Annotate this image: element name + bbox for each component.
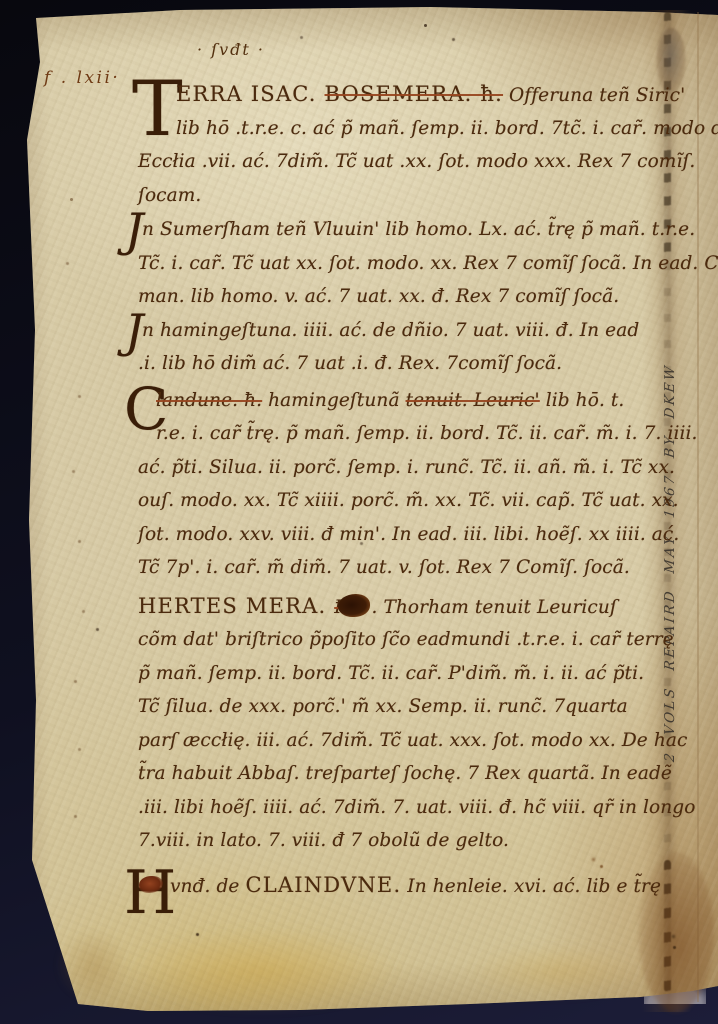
text-segment: lib hō. t.	[540, 390, 625, 411]
text-segment: In henleie. xvi. ać. lib e t̃rę	[401, 876, 661, 897]
manuscript-line: n Sumerſham teñ Vluuin' lib homo. Lx. ać…	[138, 213, 650, 247]
initial-capital: J	[125, 314, 142, 344]
manuscript-line: lib hō .t.r.e. c. ać p̃ mañ. ſemp. ii. b…	[138, 112, 650, 146]
initial-capital: J	[125, 213, 142, 243]
initial-capital: H	[124, 869, 170, 902]
manuscript-line: man. lib homo. v. ać. 7 uat. xx. đ. Rex …	[138, 280, 650, 314]
manuscript-line: 7.viii. in lato. 7. viii. đ 7 obolũ de g…	[138, 824, 650, 858]
manuscript-line: p̃ mañ. ſemp. ii. bord. Tc̃. ii. car̃. P…	[138, 657, 650, 691]
text-segment: n hamingeſtuna. iiii. ać. de dñio. 7 uat…	[142, 320, 639, 341]
text-segment: .i. lib hō dim̃ ać. 7 uat .i. đ. Rex. 7c…	[138, 353, 562, 374]
text-segment: HERTES MERA.	[138, 594, 334, 618]
ink-blot	[338, 594, 370, 617]
text-segment: lib hō .t.r.e. c. ać p̃ mañ. ſemp. ii. b…	[176, 118, 718, 139]
text-segment: BOSEMERA. ħ.	[325, 82, 504, 106]
manuscript-line: Tc̃. i. car̃. Tc̃ uat xx. ſot. modo. xx.…	[138, 247, 650, 281]
manuscript-line: vnđ. de CLAINDVNE. In henleie. xvi. ać. …	[138, 869, 650, 903]
manuscript-line: ſocam.	[138, 179, 650, 213]
manuscript-section: Hvnđ. de CLAINDVNE. In henleie. xvi. ać.…	[138, 869, 650, 903]
stain	[128, 928, 398, 1012]
page-edge	[697, 12, 699, 1002]
manuscript-line: Tc̃ ſilua. de xxx. porc̃.' m̃ xx. Semp. …	[138, 690, 650, 724]
text-segment: n Sumerſham teñ Vluuin' lib homo. Lx. ać…	[142, 219, 695, 240]
manuscript-line: Eccłia .vii. ać. 7dim̃. Tc̃ uat .xx. ſot…	[138, 145, 650, 179]
text-segment: 7.viii. in lato. 7. viii. đ 7 obolũ de g…	[138, 830, 509, 851]
text-segment: p̃ mañ. ſemp. ii. bord. Tc̃. ii. car̃. P…	[138, 663, 644, 684]
ink-specks	[424, 24, 427, 27]
stain	[58, 930, 128, 1000]
manuscript-section: TERRA ISAC. BOSEMERA. ħ. Offeruna teñ Si…	[138, 78, 650, 212]
manuscript-line: .iii. libi hoẽſ. iiii. ać. 7dim̃. 7. uat…	[138, 791, 650, 825]
manuscript-line: cõm dat' briſtrico p̃poſito ſc̃o eadmund…	[138, 623, 650, 657]
manuscript-line: ERRA ISAC. BOSEMERA. ħ. Offeruna teñ Sir…	[138, 78, 650, 112]
initial-capital: T	[132, 78, 176, 145]
text-segment: man. lib homo. v. ać. 7 uat. xx. đ. Rex …	[138, 286, 619, 307]
margin-prick-marks	[70, 198, 73, 201]
manuscript-line: Tc̃ 7p'. i. car̃. m̃ dim̃. 7 uat. v. ſot…	[138, 551, 650, 585]
manuscript-line: HERTES MERA. Ħ. Thorham tenuit Leuricuſ	[138, 590, 650, 624]
text-segment: cõm dat' briſtrico p̃poſito ſc̃o eadmund…	[138, 629, 674, 650]
stain	[470, 944, 640, 998]
text-segment: . Thorham tenuit Leuricuſ	[371, 597, 616, 618]
text-segment: t̃ra habuit Abbaſ. treſparteſ ſochę. 7 R…	[138, 763, 672, 784]
text-segment: Tc̃. i. car̃. Tc̃ uat xx. ſot. modo. xx.…	[138, 253, 718, 274]
repair-inscription: 2 VOLS REPAIRD MAY 1967 BY DKEW	[662, 247, 680, 879]
text-segment: ſocam.	[138, 185, 201, 206]
manuscript-section: HERTES MERA. Ħ. Thorham tenuit Leuricuſc…	[138, 590, 650, 858]
manuscript-photo: · ſvđt · f . lxii· 2 VOLS REPAIRD MAY 19…	[0, 0, 718, 1024]
manuscript-section: Clandune. ħ. hamingeſtunã tenuit. Leuric…	[138, 384, 650, 585]
manuscript-line: .i. lib hō dim̃ ać. 7 uat .i. đ. Rex. 7c…	[138, 347, 650, 381]
manuscript-line: r.e. i. car̃ t̃rę. p̃ mañ. ſemp. ii. bor…	[138, 417, 650, 451]
folio-number: f . lxii·	[44, 68, 120, 88]
text-segment: ſot. modo. xxv. viii. đ min'. In ead. ii…	[138, 524, 679, 545]
manuscript-line: parſ æccłię. iii. ać. 7dim̃. Tc̃ uat. xx…	[138, 724, 650, 758]
text-segment: vnđ. de	[170, 876, 245, 897]
text-segment: ouſ. modo. xx. Tc̃ xiiii. porc̃. m̃. xx.…	[138, 490, 679, 511]
manuscript-line: t̃ra habuit Abbaſ. treſparteſ ſochę. 7 R…	[138, 757, 650, 791]
quire-mark: · ſvđt ·	[197, 40, 265, 59]
text-segment: ERRA ISAC.	[176, 82, 325, 106]
text-segment: parſ æccłię. iii. ać. 7dim̃. Tc̃ uat. xx…	[138, 730, 687, 751]
text-segment: r.e. i. car̃ t̃rę. p̃ mañ. ſemp. ii. bor…	[156, 423, 698, 444]
text-segment: .iii. libi hoẽſ. iiii. ać. 7dim̃. 7. uat…	[138, 797, 695, 818]
text-segment: Eccłia .vii. ać. 7dim̃. Tc̃ uat .xx. ſot…	[138, 151, 695, 172]
manuscript-section: Jn Sumerſham teñ Vluuin' lib homo. Lx. a…	[138, 213, 650, 314]
text-segment: hamingeſtunã	[262, 390, 405, 411]
manuscript-line: ać. p̃ti. Silua. ii. porc̃. ſemp. i. run…	[138, 451, 650, 485]
text-segment: tenuit. Leuric'	[406, 390, 540, 411]
text-segment: landune. ħ.	[156, 390, 262, 411]
text-segment: Offeruna teñ Siric'	[503, 85, 685, 106]
manuscript-line: ouſ. modo. xx. Tc̃ xiiii. porc̃. m̃. xx.…	[138, 484, 650, 518]
manuscript-line: landune. ħ. hamingeſtunã tenuit. Leuric'…	[138, 384, 650, 418]
text-segment: Tc̃ 7p'. i. car̃. m̃ dim̃. 7 uat. v. ſot…	[138, 557, 630, 578]
manuscript-section: Jn hamingeſtuna. iiii. ać. de dñio. 7 ua…	[138, 314, 650, 381]
manuscript-line: ſot. modo. xxv. viii. đ min'. In ead. ii…	[138, 518, 650, 552]
text-segment: ać. p̃ti. Silua. ii. porc̃. ſemp. i. run…	[138, 457, 675, 478]
text-segment: Tc̃ ſilua. de xxx. porc̃.' m̃ xx. Semp. …	[138, 696, 628, 717]
initial-capital: C	[124, 384, 156, 418]
manuscript-text: TERRA ISAC. BOSEMERA. ħ. Offeruna teñ Si…	[138, 78, 650, 902]
manuscript-line: n hamingeſtuna. iiii. ać. de dñio. 7 uat…	[138, 314, 650, 348]
text-segment: CLAINDVNE.	[245, 873, 401, 897]
